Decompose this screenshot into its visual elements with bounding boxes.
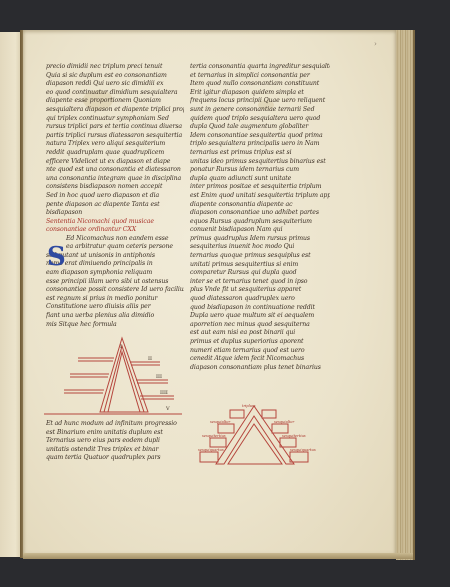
text-line: primus quadruplus Idem rursus primus [190, 235, 330, 244]
ladder-triangle-diagram-right: triplum sesquialter sesquitertius sesqui… [198, 402, 316, 466]
facing-page-edge [0, 32, 22, 557]
text-line: mis Sitque hec formula [46, 321, 184, 330]
text-line: quod diatessaron quadruplex uero [190, 295, 330, 304]
text-line: ternarius est primus triplus est si [190, 149, 330, 158]
text-line: partis triplici rursus diatessaron sesqu… [46, 132, 184, 141]
text-line: consonantiae possit consistere Id uero f… [46, 286, 184, 295]
text-line: comparetur Rursus qui dupla quod [190, 269, 330, 278]
text-line: primus et duplus superiorius aporent [190, 338, 330, 347]
diagram-label: IIII [160, 390, 168, 396]
diagram-label: sesquitertius [202, 434, 226, 438]
text-line: eam diapason symphonia reliquam [46, 269, 184, 278]
text-line: sesquialtera diapason et diapente tripli… [46, 106, 184, 115]
text-line: unitatis ostendit Tres triplex et binar [46, 446, 184, 455]
text-line: efficere Videlicet ut ex diapason et dia… [46, 158, 184, 167]
text-line: una consonantia integram quae in discipl… [46, 175, 184, 184]
text-line: est aut eam nisi ea post binarii qui [190, 329, 330, 338]
text-line: unitati primus sesquitertius si enim [190, 261, 330, 270]
text-line: Constitutione uero diuisis aliis per [46, 303, 184, 312]
text-line: eo quod continuatur dimidium sesquialter… [46, 89, 184, 98]
text-line: numeri etiam ternarius quod est uero [190, 347, 330, 356]
text-line: inter se et ternarius tenet quod in ipso [190, 278, 330, 287]
text-line: Ternarius uero eius pars eodem dupli [46, 437, 184, 446]
left-text-column: precio dimidii nec triplum preci tenuit … [46, 63, 184, 329]
text-line: diapason consonantiam plus tenet binariu… [190, 364, 330, 373]
diagram-label: III [156, 374, 162, 380]
diagram-label: V [165, 406, 170, 412]
text-line: dupla Quod tale augmentum globaliter [190, 123, 330, 132]
text-line: dupla quam adiuncti sunt unitate [190, 175, 330, 184]
text-line: tertia consonantia quarta ingreditur ses… [190, 63, 330, 72]
text-line: conuenit bisdiapason Nam qui [190, 226, 330, 235]
text-line: pente diapason ac diapente Tanta est [46, 201, 184, 210]
text-line: est Enim quod unitati sesquitertia tripl… [190, 192, 330, 201]
diagram-label: sesquitertius [282, 434, 306, 438]
text-line: ternarius quoque primus sesquiplus est [190, 252, 330, 261]
text-line: diapente consonantia diapente ac [190, 201, 330, 210]
text-line: quidem quod triplo sesquialtera uero quo… [190, 115, 330, 124]
text-line: Ed Nicomachus non eandem esse [46, 235, 184, 244]
text-line: rursus triplici pars et tertia continua … [46, 123, 184, 132]
text-line: qui triplex continuatur symphoniam Sed [46, 115, 184, 124]
text-line: Idem consonantiae sesquitertia quod prim… [190, 132, 330, 141]
text-line: plus Vnde fit ut sesquiterius apparet [190, 286, 330, 295]
text-line: natura Triplex vero aliqui sesquiterium [46, 140, 184, 149]
text-line: quam tertia Quatuor quadruplex pars [46, 454, 184, 463]
decorated-initial: S [47, 244, 67, 270]
text-line: diapason reddi Qui uero sic dimidiii ex [46, 80, 184, 89]
text-line: Dupla uero quae multum sit ei aequalem [190, 312, 330, 321]
text-line: diapente esse proportionem Quoniam [46, 97, 184, 106]
ladder-triangle-diagram-left: I II III IIII V [44, 334, 184, 418]
text-line: triplo sesquialtera principalis uero in … [190, 140, 330, 149]
text-line: cenedit Atque idem fecit Nicomachus [190, 355, 330, 364]
text-line: est regnum si prius in medio ponitur [46, 295, 184, 304]
text-line: Item quod nullo consonantiam constituunt [190, 80, 330, 89]
text-line: Quia si sic duplum est eo consonantiam [46, 72, 184, 81]
diagram-label: sesquialter [274, 420, 294, 424]
text-line: reddit quadruplam quae quadruplicem [46, 149, 184, 158]
text-line: bisdiapason [46, 209, 184, 218]
text-line: equos Rursus quadruplum sesquiterium [190, 218, 330, 227]
text-line: diapason consonantiae uno adhibet partes [190, 209, 330, 218]
diagram-label: II [148, 356, 152, 362]
text-line: nte quod est una consonantia et diatessa… [46, 166, 184, 175]
text-line: aporretion nec minus quod sesquiterna [190, 321, 330, 330]
text-line: ponatur Rursus idem ternarius cum [190, 166, 330, 175]
text-line: precio dimidii nec triplum preci tenuit [46, 63, 184, 72]
text-line: esse principii illam uero sibi ut ostens… [46, 278, 184, 287]
text-line: consistens bisdiapason nomen accepit [46, 183, 184, 192]
text-line: quod bisdiapason in continuatione reddit [190, 304, 330, 313]
page-bottom-edge [23, 553, 413, 559]
diagram-label: sesquiquartus [198, 448, 224, 452]
text-line: sesquiterius inuenit hoc modo Qui [190, 243, 330, 252]
page-fore-edge [396, 30, 415, 560]
text-line: frequens locus principii Quae uero reliq… [190, 97, 330, 106]
diagram-label: I [120, 344, 122, 350]
chapter-heading-rubric: Sententia Nicomachi quod musicae consona… [46, 218, 182, 235]
diagram-label: triplum [242, 404, 256, 408]
text-line: et ternarius in simplici consonantia per [190, 72, 330, 81]
diagram-label: sesquialter [210, 420, 230, 424]
text-line: Erit igitur diapason quidem simpla et [190, 89, 330, 98]
text-line: inter primos positae et sesquitertia tri… [190, 183, 330, 192]
text-line: est Binarium enim unitatis duplum est [46, 429, 184, 438]
text-line: sunt in genere consonantiae ternarii Sed [190, 106, 330, 115]
left-text-column-continued: Et ad hunc modum ad infinitum progressio… [46, 420, 184, 463]
text-line: Et ad hunc modum ad infinitum progressio [46, 420, 184, 429]
text-line: fiant una uerba plenius alia dimidio [46, 312, 184, 321]
folio-mark: › [374, 40, 377, 48]
text-line: Sed in hoc quod uero diapason et dia [46, 192, 184, 201]
text-line: unitas ideo primus sesquitertius binariu… [190, 158, 330, 167]
diagram-label: sesquiquartus [290, 448, 316, 452]
right-text-column: tertia consonantia quarta ingreditur ses… [190, 63, 330, 372]
